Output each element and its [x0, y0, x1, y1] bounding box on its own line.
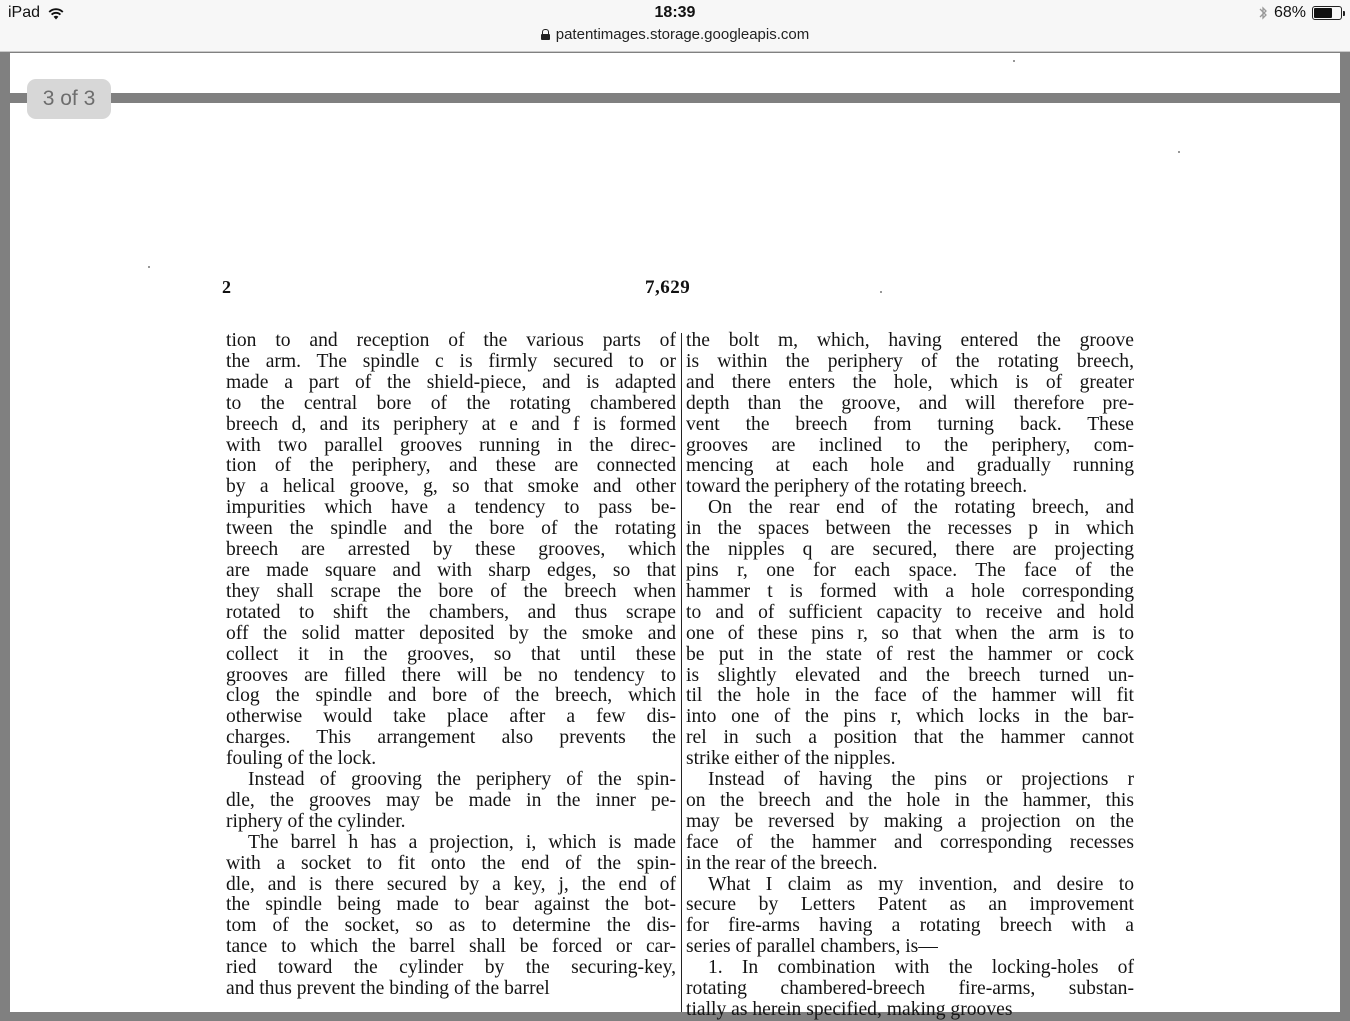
text-line: they shall scrape the bore of the breech… — [226, 582, 676, 603]
scan-speck — [148, 266, 150, 268]
text-line: til the hole in the face of the hammer w… — [686, 686, 1134, 707]
text-line: face of the hammer and corresponding rec… — [686, 833, 1134, 854]
text-line: On the rear end of the rotating breech, … — [686, 498, 1134, 519]
text-line: breech d, and its periphery at e and f i… — [226, 415, 676, 436]
text-line: to and of sufficient capacity to receive… — [686, 603, 1134, 624]
text-line: secure by Letters Patent as an improveme… — [686, 895, 1134, 916]
clock: 18:39 — [0, 4, 1350, 22]
text-line: the bolt m, which, having entered the gr… — [686, 331, 1134, 352]
url-domain: patentimages.storage.googleapis.com — [556, 26, 810, 43]
text-line: and thus prevent the binding of the barr… — [226, 979, 676, 1000]
text-line: The barrel h has a projection, i, which … — [226, 833, 676, 854]
text-line: on the breech and the hole in the hammer… — [686, 791, 1134, 812]
text-line: grooves are filled there will be no tend… — [226, 666, 676, 687]
battery-icon — [1312, 6, 1342, 20]
text-line: dle, the grooves may be made in the inne… — [226, 791, 676, 812]
text-line: 1. In combination with the locking-holes… — [686, 958, 1134, 979]
address-bar[interactable]: patentimages.storage.googleapis.com — [0, 26, 1350, 43]
left-column: tion to and reception of the various par… — [226, 331, 676, 1000]
text-line: mencing at each hole and gradually runni… — [686, 456, 1134, 477]
text-line: by a helical groove, g, so that smoke an… — [226, 477, 676, 498]
text-line: the spindle being made to bear against t… — [226, 895, 676, 916]
page-indicator: 3 of 3 — [27, 79, 111, 119]
previous-page-tail — [10, 53, 1340, 93]
scan-speck — [880, 291, 882, 293]
text-line: with two parallel grooves running in the… — [226, 436, 676, 457]
right-column: the bolt m, which, having entered the gr… — [686, 331, 1134, 1012]
text-line: clog the spindle and bore of the breech,… — [226, 686, 676, 707]
lock-icon — [541, 29, 550, 40]
text-line: the arm. The spindle c is firmly secured… — [226, 352, 676, 373]
text-line: series of parallel chambers, is— — [686, 937, 1134, 958]
text-line: tance to which the barrel shall be force… — [226, 937, 676, 958]
text-line: one of these pins r, so that when the ar… — [686, 624, 1134, 645]
text-line: collect it in the grooves, so that until… — [226, 645, 676, 666]
text-line: tween the spindle and the bore of the ro… — [226, 519, 676, 540]
text-line: breech are arrested by these grooves, wh… — [226, 540, 676, 561]
bluetooth-icon — [1258, 5, 1268, 21]
text-line: ried toward the cylinder by the securing… — [226, 958, 676, 979]
text-line: are made square and with sharp edges, so… — [226, 561, 676, 582]
text-line: fouling of the lock. — [226, 749, 676, 770]
battery-percent: 68% — [1274, 4, 1306, 22]
text-line: in the rear of the breech. — [686, 854, 1134, 875]
text-line: depth than the groove, and will therefor… — [686, 394, 1134, 415]
text-line: tom of the socket, so as to determine th… — [226, 916, 676, 937]
text-line: tion of the periphery, and these are con… — [226, 456, 676, 477]
text-line: is within the periphery of the rotating … — [686, 352, 1134, 373]
text-line: and there enters the hole, which is of g… — [686, 373, 1134, 394]
column-divider — [681, 333, 682, 1012]
text-line: Instead of grooving the periphery of the… — [226, 770, 676, 791]
text-line: vent the breech from turning back. These — [686, 415, 1134, 436]
text-line: pins r, one for each space. The face of … — [686, 561, 1134, 582]
text-line: tially as herein specified, making groov… — [686, 1000, 1134, 1012]
status-bar: iPad 18:39 68% patentimages.storage.goog… — [0, 0, 1350, 52]
text-line: may be reversed by making a projection o… — [686, 812, 1134, 833]
text-line: off the solid matter deposited by the sm… — [226, 624, 676, 645]
text-line: the nipples q are secured, there are pro… — [686, 540, 1134, 561]
text-line: rel in such a position that the hammer c… — [686, 728, 1134, 749]
text-line: strike either of the nipples. — [686, 749, 1134, 770]
text-line: impurities which have a tendency to pass… — [226, 498, 676, 519]
text-line: in the spaces between the recesses p in … — [686, 519, 1134, 540]
text-line: be put in the state of rest the hammer o… — [686, 645, 1134, 666]
page-number: 2 — [222, 277, 231, 298]
text-line: dle, and is there secured by a key, j, t… — [226, 875, 676, 896]
text-line: Instead of having the pins or projection… — [686, 770, 1134, 791]
text-line: toward the periphery of the rotating bre… — [686, 477, 1134, 498]
text-line: rotated to shift the chambers, and thus … — [226, 603, 676, 624]
text-line: grooves are inclined to the periphery, c… — [686, 436, 1134, 457]
scan-speck — [1178, 151, 1180, 153]
text-line: What I claim as my invention, and desire… — [686, 875, 1134, 896]
status-right: 68% — [1258, 4, 1342, 22]
text-line: to the central bore of the rotating cham… — [226, 394, 676, 415]
text-line: for fire-arms having a rotating breech w… — [686, 916, 1134, 937]
text-line: made a part of the shield-piece, and is … — [226, 373, 676, 394]
text-line: rotating chambered-breech fire-arms, sub… — [686, 979, 1134, 1000]
text-line: into one of the pins r, which locks in t… — [686, 707, 1134, 728]
text-line: hammer t is formed with a hole correspon… — [686, 582, 1134, 603]
text-line: with a socket to fit onto the end of the… — [226, 854, 676, 875]
text-line: otherwise would take place after a few d… — [226, 707, 676, 728]
battery-fill — [1314, 8, 1332, 18]
text-line: tion to and reception of the various par… — [226, 331, 676, 352]
text-line: charges. This arrangement also prevents … — [226, 728, 676, 749]
text-line: riphery of the cylinder. — [226, 812, 676, 833]
patent-number: 7,629 — [645, 277, 690, 299]
scan-speck — [1013, 60, 1015, 62]
text-line: is slightly elevated and the breech turn… — [686, 666, 1134, 687]
